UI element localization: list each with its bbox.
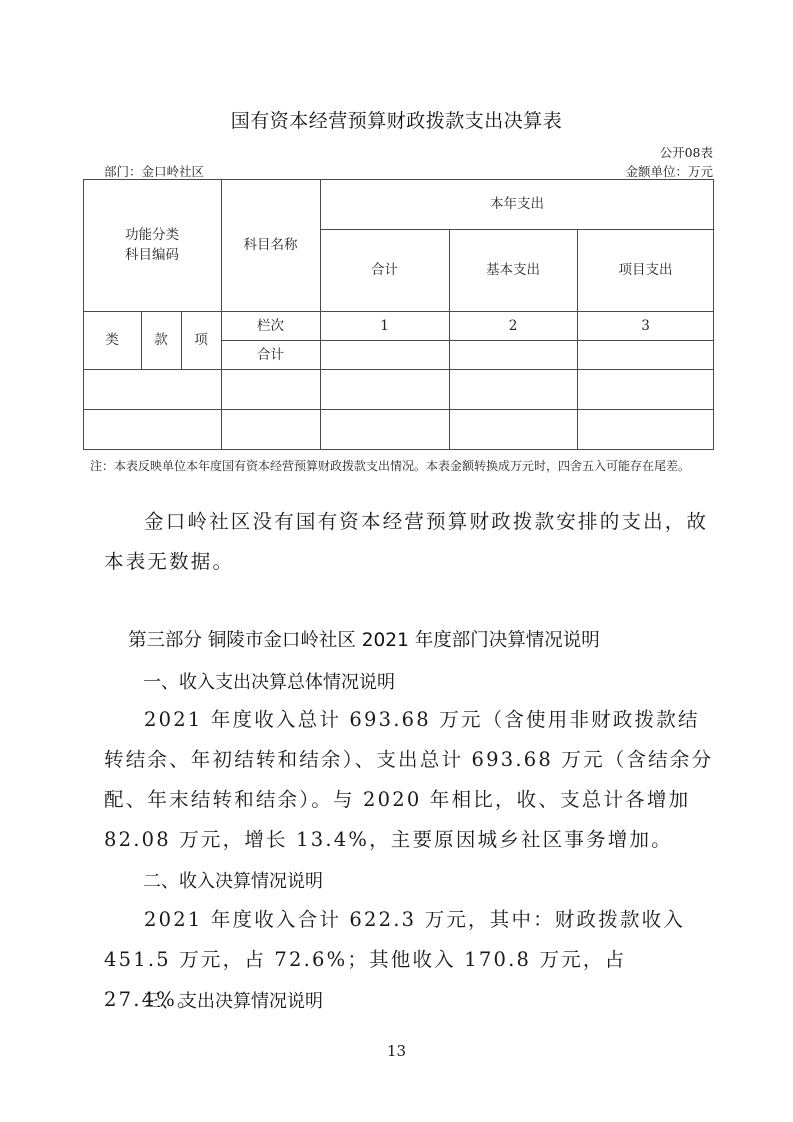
table-border-bottom: [83, 449, 714, 450]
header-kuan: 款: [141, 311, 181, 369]
table-row-1-basic: [449, 369, 577, 409]
column-number-2: 2: [449, 311, 577, 340]
column-number-1: 1: [320, 311, 449, 340]
header-basic-expense: 基本支出: [449, 229, 577, 311]
part3-title: 第三部分 铜陵市金口岭社区 2021 年度部门决算情况说明: [128, 626, 600, 652]
sum-row-basic: [449, 340, 577, 369]
table-row-1-project: [577, 369, 714, 409]
table-row-2-name: [221, 409, 320, 449]
sum-row-project: [577, 340, 714, 369]
header-lei: 类: [83, 311, 141, 369]
table-row-1-code: [83, 369, 221, 409]
header-project-expense: 项目支出: [577, 229, 714, 311]
column-index-label: 栏次: [221, 311, 320, 340]
sum-row-total: [320, 340, 449, 369]
table-row-2-project: [577, 409, 714, 449]
header-total: 合计: [320, 229, 449, 311]
section-1-heading: 一、收入支出决算总体情况说明: [143, 668, 395, 694]
section-1-body: 2021 年度收入总计 693.68 万元（含使用非财政拨款结转结余、年初结转和…: [104, 700, 716, 860]
header-func-code: 功能分类 科目编码: [83, 179, 221, 311]
header-subject-name: 科目名称: [221, 179, 320, 311]
table-row-2-code: [83, 409, 221, 449]
section-3-heading: 三、支出决算情况说明: [143, 987, 323, 1013]
table-code: 公开08表: [660, 143, 713, 161]
department-label: 部门：金口岭社区: [104, 162, 204, 180]
table-row-2-total: [320, 409, 449, 449]
no-data-statement: 金口岭社区没有国有资本经营预算财政拨款安排的支出，故本表无数据。: [104, 502, 714, 582]
document-title: 国有资本经营预算财政拨款支出决算表: [0, 106, 793, 133]
table-note: 注：本表反映单位本年度国有资本经营预算财政拨款支出情况。本表金额转换成万元时，四…: [90, 457, 710, 475]
table-row-1-name: [221, 369, 320, 409]
column-number-3: 3: [577, 311, 714, 340]
unit-label: 金额单位：万元: [625, 162, 713, 180]
table-row-1-total: [320, 369, 449, 409]
table-row-2-basic: [449, 409, 577, 449]
page-number: 13: [0, 1042, 793, 1060]
expense-table: 功能分类 科目编码 科目名称 本年支出 合计 基本支出 项目支出 类 款 项 栏…: [83, 179, 714, 450]
sum-row-label: 合计: [221, 340, 320, 369]
section-2-heading: 二、收入决算情况说明: [143, 867, 323, 893]
header-current-year-expense: 本年支出: [320, 179, 714, 229]
header-xiang: 项: [181, 311, 221, 369]
